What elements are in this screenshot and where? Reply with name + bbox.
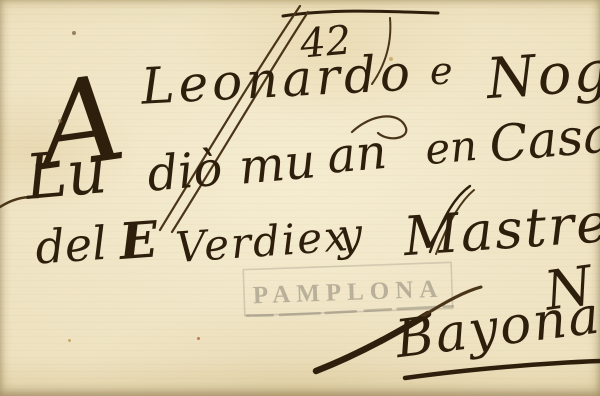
word-e: e <box>430 49 453 93</box>
word-en: en <box>423 121 479 174</box>
word-dio: diò <box>145 141 225 203</box>
letter-scan: 42 A Leonardo e Nogér Lu diò mu an en Ca… <box>0 0 600 396</box>
paper-speck <box>72 31 76 35</box>
word-e-abbrev: E <box>115 209 160 271</box>
word-del: del <box>34 216 109 275</box>
word-casa: Casa <box>487 105 600 174</box>
paper-speck <box>389 57 393 61</box>
word-mu: mu <box>237 133 318 195</box>
word-y: y <box>334 209 365 262</box>
word-lu: Lu <box>21 134 109 214</box>
paper-speck <box>68 339 71 342</box>
word-noger: Nogér <box>482 34 600 112</box>
paper-speck <box>197 337 200 340</box>
paper-speck <box>58 119 62 123</box>
manuscript-canvas: 42 A Leonardo e Nogér Lu diò mu an en Ca… <box>0 0 600 396</box>
